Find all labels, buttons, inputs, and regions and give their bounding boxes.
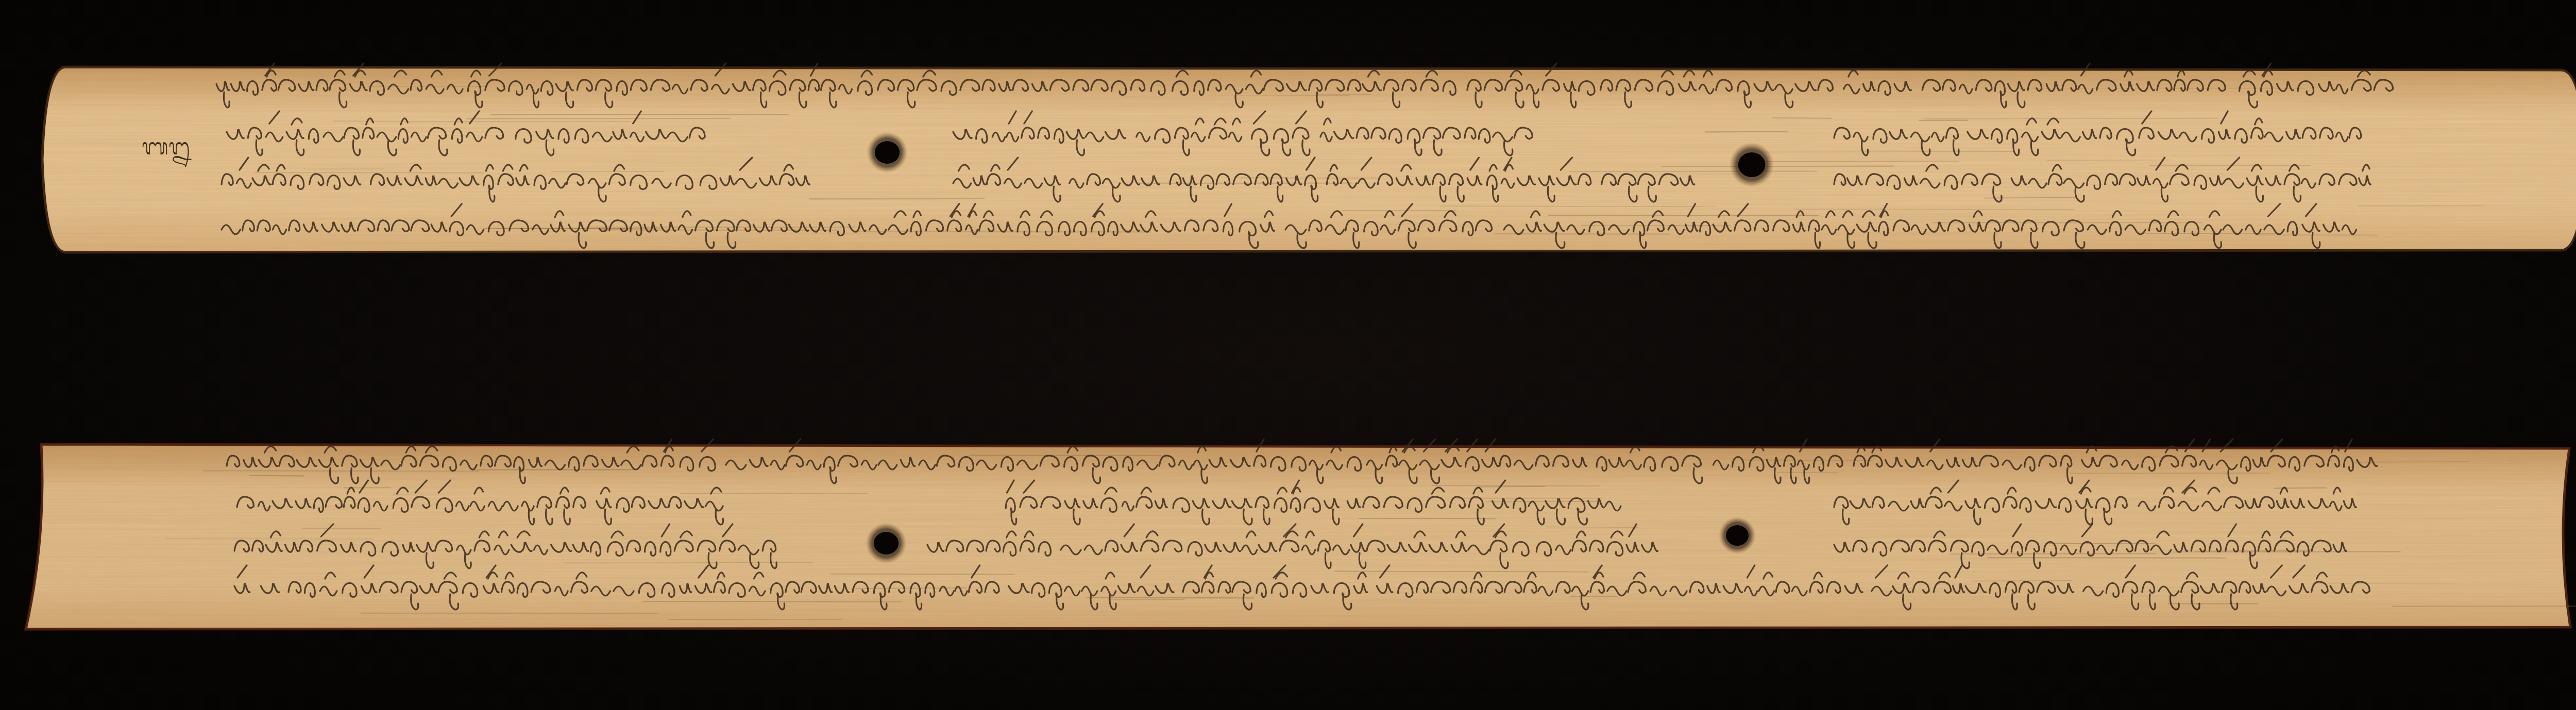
- binding-hole: [874, 532, 899, 555]
- fiber-line: [969, 455, 1161, 456]
- fiber-line: [1662, 166, 1894, 167]
- fiber-line: [1777, 472, 1839, 473]
- leaf-top: ᬩ᭒: [42, 63, 2576, 252]
- fiber-line: [2392, 606, 2576, 607]
- leaf-bottom: [26, 439, 2576, 629]
- fiber-line: [2274, 488, 2327, 488]
- manuscript-photo: Two lontar (palm-leaf) manuscript leaves…: [0, 0, 2576, 710]
- binding-hole: [875, 141, 900, 164]
- fiber-line: [1984, 198, 2076, 198]
- fiber-line: [831, 574, 1014, 575]
- fiber-line: [1432, 486, 1600, 486]
- leaf-fiber-texture: [26, 444, 2570, 629]
- fiber-line: [642, 601, 902, 602]
- fiber-line: [852, 588, 966, 588]
- fiber-line: [1924, 118, 2218, 119]
- binding-hole: [1726, 525, 1749, 546]
- binding-hole: [1738, 152, 1766, 177]
- fiber-line: [1478, 487, 1546, 487]
- fiber-line: [1972, 581, 2072, 581]
- fiber-line: [166, 539, 373, 539]
- fiber-line: [564, 563, 813, 563]
- fiber-line: [1546, 527, 1638, 528]
- fiber-line: [2350, 462, 2470, 462]
- manuscript-canvas: ᬩ᭒: [0, 0, 2576, 710]
- fiber-line: [1705, 131, 1788, 132]
- fiber-line: [1334, 572, 1588, 572]
- fiber-line: [1772, 118, 1832, 118]
- fiber-line: [249, 476, 304, 476]
- fiber-line: [1087, 598, 1255, 598]
- fiber-line: [466, 118, 730, 119]
- fiber-line: [1439, 206, 1716, 206]
